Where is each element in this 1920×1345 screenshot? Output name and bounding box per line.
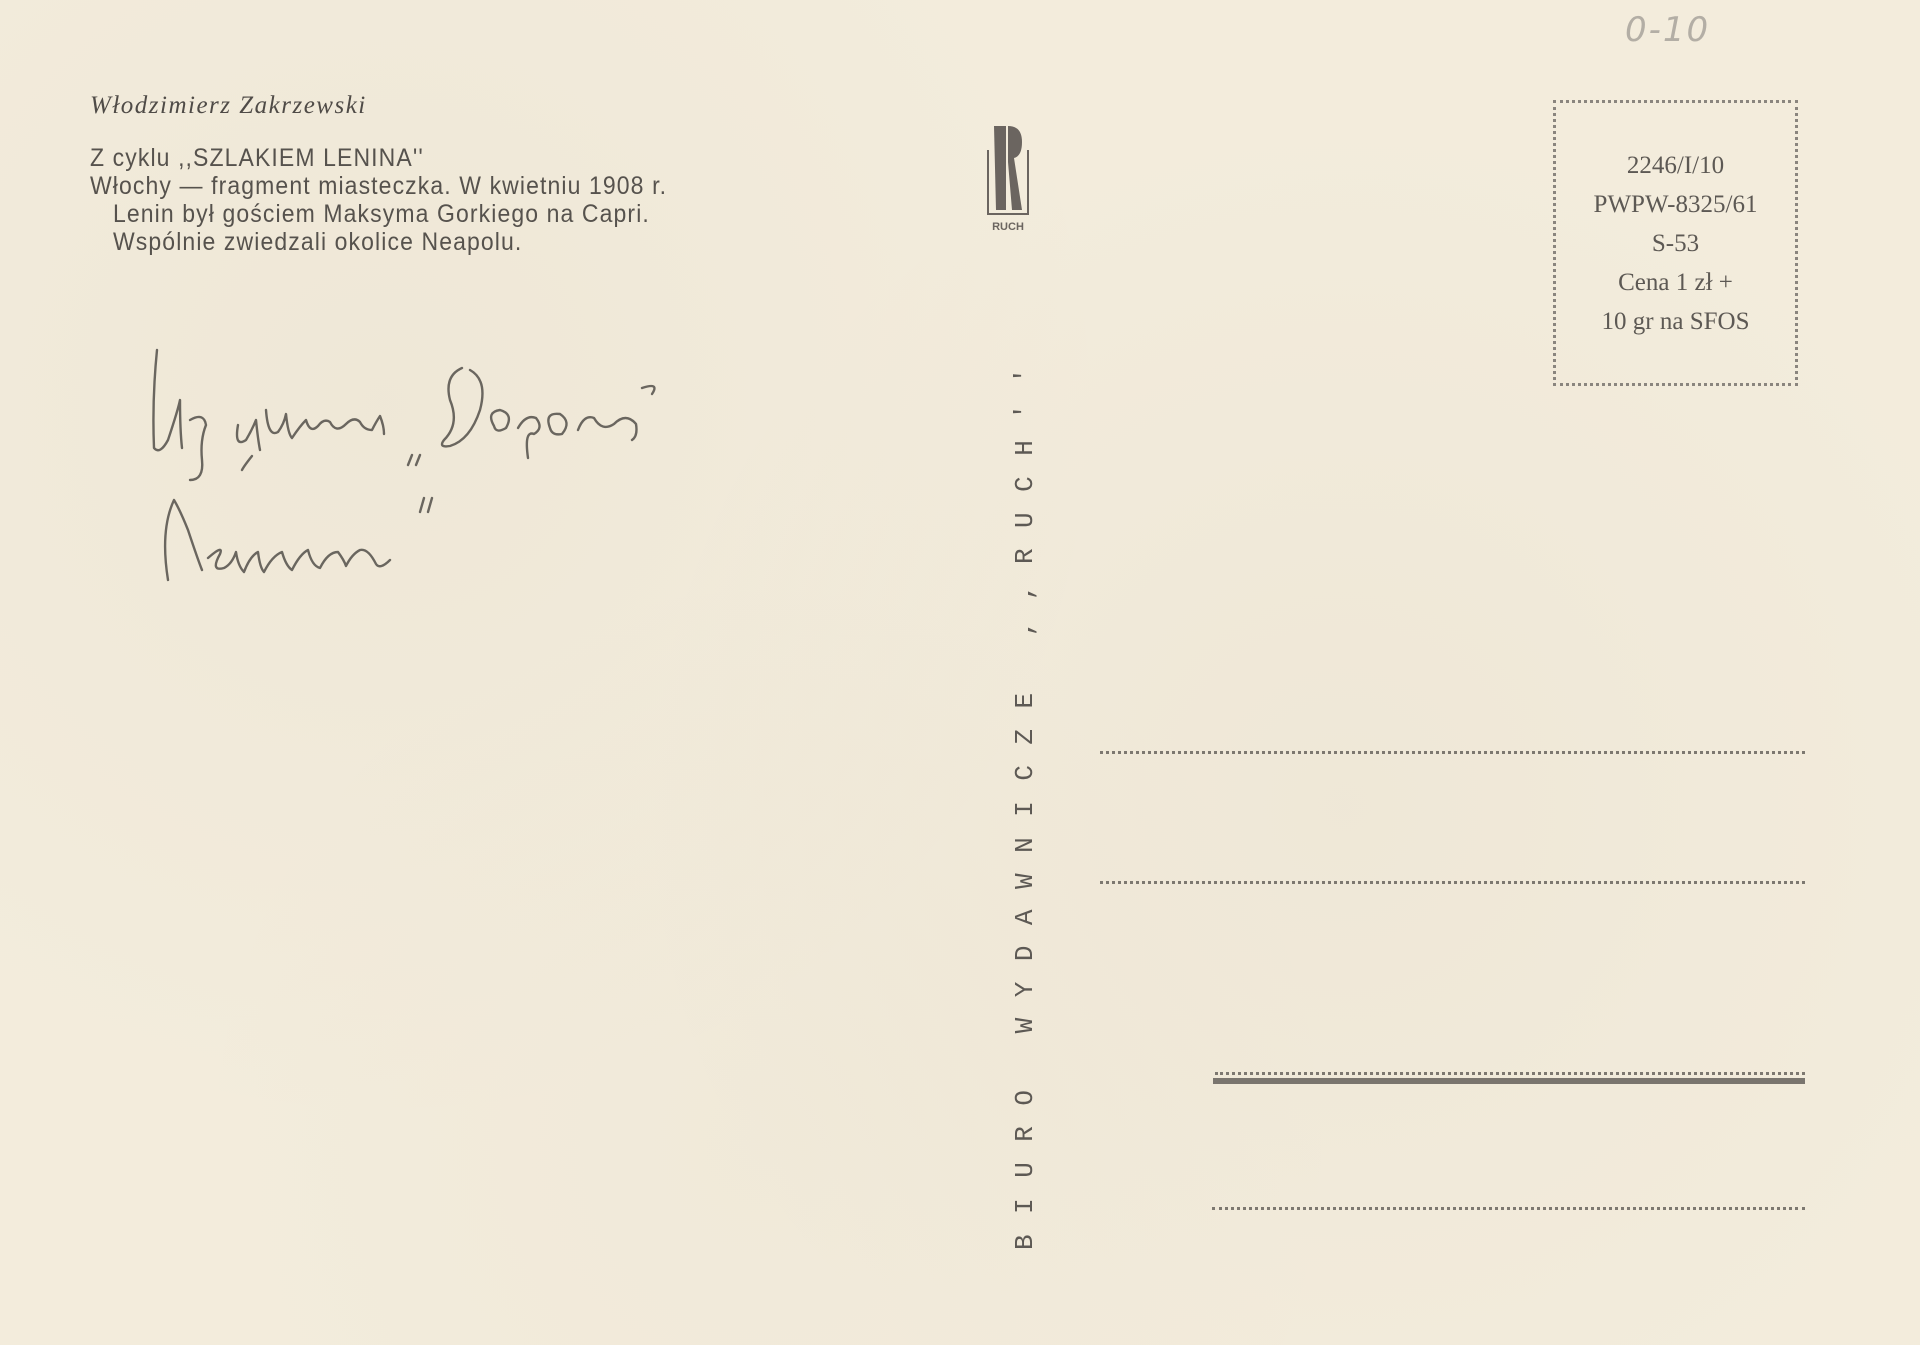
caption-line-3: Wspólnie zwiedzali okolice Neapolu. xyxy=(90,228,667,256)
pencil-note: 0-10 xyxy=(1625,10,1710,50)
stamp-line-series: S-53 xyxy=(1652,224,1699,263)
caption-line-2: Lenin był gościem Maksyma Gorkiego na Ca… xyxy=(90,200,667,228)
author-name: Włodzimierz Zakrzewski xyxy=(90,92,367,120)
stamp-line-printer: PWPW-8325/61 xyxy=(1594,185,1758,224)
caption-line-1: Włochy — fragment miasteczka. W kwietniu… xyxy=(90,172,667,200)
address-line-4 xyxy=(1212,1207,1805,1210)
address-line-2 xyxy=(1100,881,1805,884)
logo-label: RUCH xyxy=(992,221,1024,233)
stamp-line-price: Cena 1 zł + xyxy=(1618,263,1733,302)
ruch-logo-icon: RUCH xyxy=(984,122,1032,234)
stamp-box: 2246/I/10 PWPW-8325/61 S-53 Cena 1 zł + … xyxy=(1553,100,1798,386)
address-underline-emphasis xyxy=(1213,1078,1805,1084)
address-line-1 xyxy=(1100,751,1805,754)
address-line-3 xyxy=(1215,1072,1805,1075)
stamp-line-surcharge: 10 gr na SFOS xyxy=(1602,302,1750,341)
stamp-line-catalog: 2246/I/10 xyxy=(1627,146,1724,185)
caption-series: Z cyklu ,,SZLAKIEM LENINA'' xyxy=(90,144,667,172)
handwritten-inscription xyxy=(140,330,1020,630)
caption-block: Z cyklu ,,SZLAKIEM LENINA'' Włochy — fra… xyxy=(90,144,667,256)
